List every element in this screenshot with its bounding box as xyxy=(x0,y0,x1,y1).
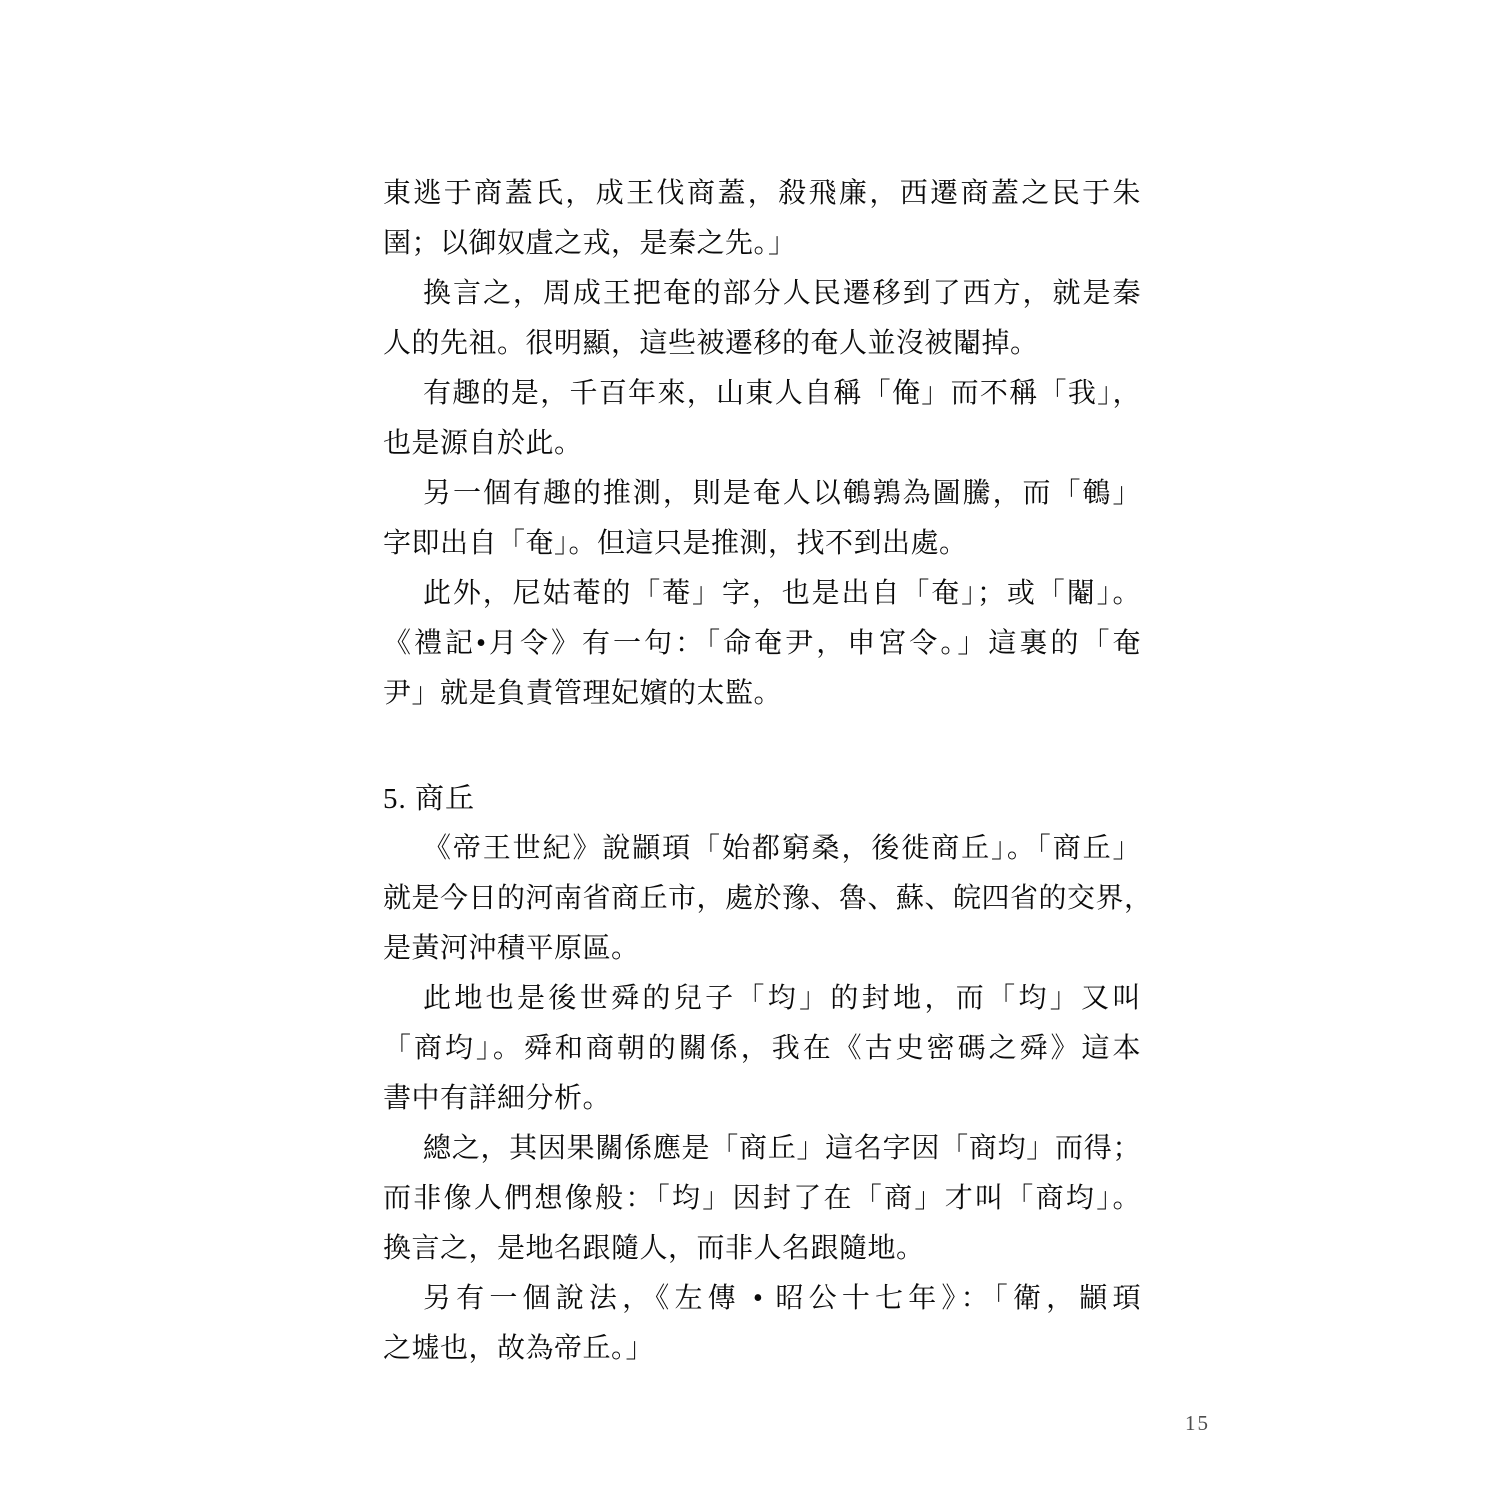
text-line: 尹」就是負責管理妃嬪的太監。 xyxy=(383,669,1141,719)
text-line: 書中有詳細分析。 xyxy=(383,1074,1141,1124)
text-column: 東逃于商蓋氏，成王伐商蓋，殺飛廉，西遷商蓋之民于朱圉；以御奴虘之戎，是秦之先。」… xyxy=(383,169,1141,1374)
text-line: 東逃于商蓋氏，成王伐商蓋，殺飛廉，西遷商蓋之民于朱 xyxy=(383,169,1141,219)
text-line: 圉；以御奴虘之戎，是秦之先。」 xyxy=(383,219,1141,269)
text-line: 有趣的是，千百年來，山東人自稱「俺」而不稱「我」， xyxy=(383,369,1141,419)
text-line: 字即出自「奄」。但這只是推測，找不到出處。 xyxy=(383,519,1141,569)
text-line: 也是源自於此。 xyxy=(383,419,1141,469)
text-line: 《禮記•月令》有一句：「命奄尹，申宮令。」這裏的「奄 xyxy=(383,619,1141,669)
paragraph: 有趣的是，千百年來，山東人自稱「俺」而不稱「我」，也是源自於此。 xyxy=(383,369,1141,469)
text-line: 之墟也，故為帝丘。」 xyxy=(383,1324,1141,1374)
paragraph: 另有一個說法，《左傳 • 昭公十七年》：「衛，顓頊之墟也，故為帝丘。」 xyxy=(383,1274,1141,1374)
paragraph: 《帝王世紀》說顓頊「始都窮桑，後徙商丘」。「商丘」就是今日的河南省商丘市，處於豫… xyxy=(383,824,1141,974)
text-line: 《帝王世紀》說顓頊「始都窮桑，後徙商丘」。「商丘」 xyxy=(383,824,1141,874)
text-line: 換言之，周成王把奄的部分人民遷移到了西方，就是秦 xyxy=(383,269,1141,319)
text-line: 此外，尼姑菴的「菴」字，也是出自「奄」；或「閹」。 xyxy=(383,569,1141,619)
text-line: 另有一個說法，《左傳 • 昭公十七年》：「衛，顓頊 xyxy=(383,1274,1141,1324)
paragraph: 另一個有趣的推測，則是奄人以鵪鶉為圖騰，而「鵪」字即出自「奄」。但這只是推測，找… xyxy=(383,469,1141,569)
text-line: 是黃河沖積平原區。 xyxy=(383,924,1141,974)
book-page: 東逃于商蓋氏，成王伐商蓋，殺飛廉，西遷商蓋之民于朱圉；以御奴虘之戎，是秦之先。」… xyxy=(0,0,1500,1500)
paragraph: 東逃于商蓋氏，成王伐商蓋，殺飛廉，西遷商蓋之民于朱圉；以御奴虘之戎，是秦之先。」 xyxy=(383,169,1141,269)
page-number: 15 xyxy=(1185,1408,1210,1438)
text-line: 就是今日的河南省商丘市，處於豫、魯、蘇、皖四省的交界， xyxy=(383,874,1141,924)
paragraph: 此外，尼姑菴的「菴」字，也是出自「奄」；或「閹」。《禮記•月令》有一句：「命奄尹… xyxy=(383,569,1141,719)
paragraph: 總之，其因果關係應是「商丘」這名字因「商均」而得；而非像人們想像般：「均」因封了… xyxy=(383,1124,1141,1274)
text-line: 「商均」。舜和商朝的關係，我在《古史密碼之舜》這本 xyxy=(383,1024,1141,1074)
text-line: 人的先祖。很明顯，這些被遷移的奄人並沒被閹掉。 xyxy=(383,319,1141,369)
text-line: 換言之，是地名跟隨人，而非人名跟隨地。 xyxy=(383,1224,1141,1274)
section-heading: 5. 商丘 xyxy=(383,774,1141,824)
text-line: 此地也是後世舜的兒子「均」的封地，而「均」又叫 xyxy=(383,974,1141,1024)
text-line: 總之，其因果關係應是「商丘」這名字因「商均」而得； xyxy=(383,1124,1141,1174)
text-line: 另一個有趣的推測，則是奄人以鵪鶉為圖騰，而「鵪」 xyxy=(383,469,1141,519)
text-line: 而非像人們想像般：「均」因封了在「商」才叫「商均」。 xyxy=(383,1174,1141,1224)
paragraph: 換言之，周成王把奄的部分人民遷移到了西方，就是秦人的先祖。很明顯，這些被遷移的奄… xyxy=(383,269,1141,369)
paragraph: 此地也是後世舜的兒子「均」的封地，而「均」又叫「商均」。舜和商朝的關係，我在《古… xyxy=(383,974,1141,1124)
